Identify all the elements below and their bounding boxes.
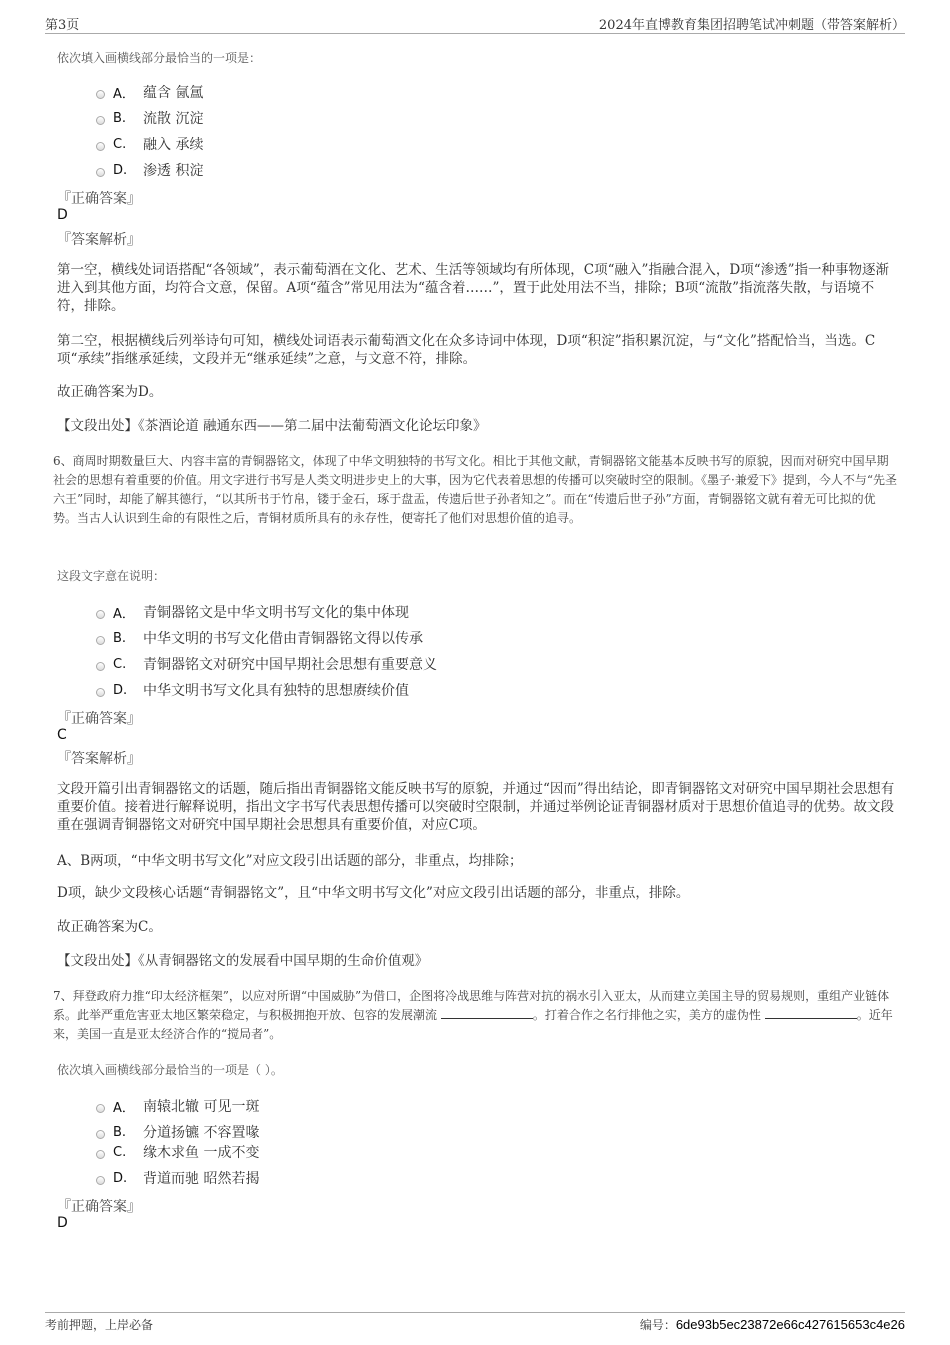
q6-analysis-paragraph-2: A、B两项，“中华文明书写文化”对应文段引出话题的部分，非重点，均排除； <box>57 852 897 870</box>
q7-answer: D <box>57 1215 68 1231</box>
q7-option-c[interactable]: C. 缘木求鱼 一成不变 <box>96 1142 259 1162</box>
q6-option-c[interactable]: C. 青铜器铭文对研究中国早期社会思想有重要意义 <box>96 654 437 674</box>
q5-conclusion: 故正确答案为D。 <box>57 383 897 401</box>
q6-option-a[interactable]: A． 青铜器铭文是中华文明书写文化的集中体现 <box>96 602 409 622</box>
q7-answer-label: 『正确答案』 <box>57 1196 141 1216</box>
q6-source: 【文段出处】《从青铜器铭文的发展看中国早期的生命价值观》 <box>57 952 897 970</box>
page-footer: 考前押题，上岸必备 编号：6de93b5ec23872e66c427615653… <box>45 1312 905 1315</box>
q7-option-d[interactable]: D. 背道而驰 昭然若揭 <box>96 1168 259 1188</box>
q5-option-b[interactable]: B. 流散 沉淀 <box>96 108 203 128</box>
radio-icon[interactable] <box>96 1130 105 1139</box>
q6-answer: C <box>57 727 67 743</box>
document-title: 2024年直博教育集团招聘笔试冲刺题（带答案解析） <box>599 14 905 33</box>
q5-prompt: 依次填入画横线部分最恰当的一项是： <box>57 49 261 66</box>
radio-icon[interactable] <box>96 90 105 99</box>
radio-icon[interactable] <box>96 636 105 645</box>
q6-prompt: 这段文字意在说明： <box>57 567 165 584</box>
q7-text: 7、拜登政府力推“印太经济框架”，以应对所谓“中国威胁”为借口，企图将冷战思维与… <box>53 987 898 1044</box>
q6-conclusion: 故正确答案为C。 <box>57 918 897 936</box>
q7-prompt: 依次填入画横线部分最恰当的一项是（ ）。 <box>57 1061 283 1078</box>
radio-icon[interactable] <box>96 1176 105 1185</box>
q5-analysis-paragraph-2: 第二空，根据横线后列举诗句可知，横线处词语表示葡萄酒文化在众多诗词中体现，D项“… <box>57 332 897 368</box>
q6-analysis-paragraph-3: D项，缺少文段核心话题“青铜器铭文”，且“中华文明书写文化”对应文段引出话题的部… <box>57 884 897 902</box>
q7-blank-1 <box>441 1006 533 1019</box>
q5-answer-label: 『正确答案』 <box>57 188 141 208</box>
q5-analysis-paragraph-1: 第一空，横线处词语搭配“各领域”，表示葡萄酒在文化、艺术、生活等领域均有所体现，… <box>57 261 897 315</box>
q5-answer: D <box>57 207 68 223</box>
q5-option-d[interactable]: D. 渗透 积淀 <box>96 160 203 180</box>
radio-icon[interactable] <box>96 662 105 671</box>
page-header: 第3页 2024年直博教育集团招聘笔试冲刺题（带答案解析） <box>45 14 905 34</box>
q7-option-a[interactable]: A． 南辕北辙 可见一斑 <box>96 1096 259 1116</box>
radio-icon[interactable] <box>96 168 105 177</box>
q7-blank-2 <box>765 1006 857 1019</box>
footer-slogan: 考前押题，上岸必备 <box>45 1316 153 1333</box>
radio-icon[interactable] <box>96 688 105 697</box>
q7-option-b[interactable]: B. 分道扬镳 不容置喙 <box>96 1122 259 1142</box>
q6-analysis-paragraph-1: 文段开篇引出青铜器铭文的话题，随后指出青铜器铭文能反映书写的原貌，并通过“因而”… <box>57 780 897 834</box>
q5-option-c[interactable]: C. 融入 承续 <box>96 134 203 154</box>
q6-text: 6、商周时期数量巨大、内容丰富的青铜器铭文，体现了中华文明独特的书写文化。相比于… <box>53 452 898 528</box>
q6-option-b[interactable]: B. 中华文明的书写文化借由青铜器铭文得以传承 <box>96 628 423 648</box>
radio-icon[interactable] <box>96 116 105 125</box>
q5-option-a[interactable]: A． 蕴含 氤氲 <box>96 82 203 102</box>
page-number: 第3页 <box>45 14 79 33</box>
q5-analysis-label: 『答案解析』 <box>57 229 141 249</box>
radio-icon[interactable] <box>96 142 105 151</box>
q6-analysis-label: 『答案解析』 <box>57 748 141 768</box>
radio-icon[interactable] <box>96 610 105 619</box>
q6-option-d[interactable]: D. 中华文明书写文化具有独特的思想赓续价值 <box>96 680 409 700</box>
radio-icon[interactable] <box>96 1104 105 1113</box>
document-code: 编号：6de93b5ec23872e66c427615653c4e26 <box>640 1316 905 1333</box>
q5-source: 【文段出处】《茶酒论道 融通东西——第二届中法葡萄酒文化论坛印象》 <box>57 417 897 435</box>
radio-icon[interactable] <box>96 1150 105 1159</box>
q6-answer-label: 『正确答案』 <box>57 708 141 728</box>
